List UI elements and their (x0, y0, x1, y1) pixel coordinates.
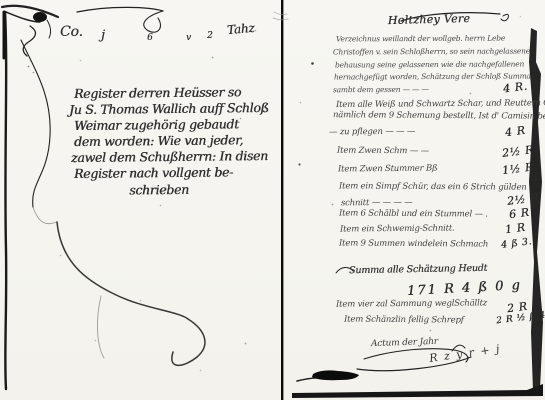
ledger-line: Item Schänzlin fellig Schrepf (344, 315, 464, 326)
pen-trial-mark: v (186, 33, 191, 43)
amount: 4 R (504, 124, 526, 139)
amount: 1 R (504, 221, 526, 236)
ledger-line: Item Zwen Schm — — (337, 146, 429, 157)
left-page: Co. j 6 v 2 Tahz Register derren Heüsser… (0, 0, 283, 400)
ledger-line: — zu pflegen — — — (329, 127, 415, 138)
amount: 2½ R (501, 143, 534, 160)
ledger-line: Item alle Weiß und Schwartz Schar, und R… (336, 98, 545, 110)
intro-line: Christoffen v. sein Schloßherrn, so sein… (333, 45, 530, 59)
ledger-line: Item 6 Schälbl und ein Stummel — . (339, 208, 488, 219)
pen-trial-mark: 6 (147, 33, 153, 43)
ledger-line: Item ein Schwemig-Schnitt. (340, 224, 455, 235)
intro-line: sambt dem gessen — — — (333, 84, 429, 97)
summa-label: Summa alle Schätzung Heudt (349, 263, 487, 276)
title-line: schrieben (74, 181, 274, 199)
ledger-line: schnitt — — — — (341, 198, 413, 209)
manuscript-scan: Co. j 6 v 2 Tahz Register derren Heüsser… (0, 0, 545, 400)
intro-line: Verzeichnus weillandt der wollgeb. herrn… (336, 33, 505, 47)
pen-trial-mark: 2 (207, 31, 213, 41)
ledger-line: nämlich dem 9 Schemung bestellt, Ist d' … (333, 110, 545, 122)
amount: 4 ß 3. (500, 236, 532, 251)
ledger-line: Item Zwen Stummer Bß (338, 164, 438, 175)
amount: 1½ R. (501, 160, 538, 177)
register-title-block: Register derren Heüsser so Ju S. Thomas … (74, 85, 274, 198)
ledger-line: Item ein Simpf Schür, das ein 6 Strich g… (339, 181, 527, 192)
folio-word: Tahz (226, 21, 255, 37)
ledger-line: Item vier zal Sammung weglSchälltz (336, 298, 487, 309)
folio-mark: Co. (60, 24, 83, 40)
closing-line: Actum der Jahr (371, 337, 438, 349)
amount: 4 R. (502, 80, 528, 96)
signature: R z y r + j (428, 342, 501, 365)
folio-mark: j (101, 28, 105, 43)
right-page: Holtzhey Vere Verzeichnus weillandt der … (283, 0, 545, 400)
amount: 2½ R (506, 191, 539, 208)
amount: 6 R (508, 206, 530, 221)
page-heading: Holtzhey Vere (383, 12, 475, 27)
ledger-line: Item 9 Summen windelein Schmach (339, 238, 488, 249)
summa-total: 171 R 4 ß 0 g (407, 278, 522, 299)
title-line: Register nach vollgent be- (74, 164, 274, 182)
